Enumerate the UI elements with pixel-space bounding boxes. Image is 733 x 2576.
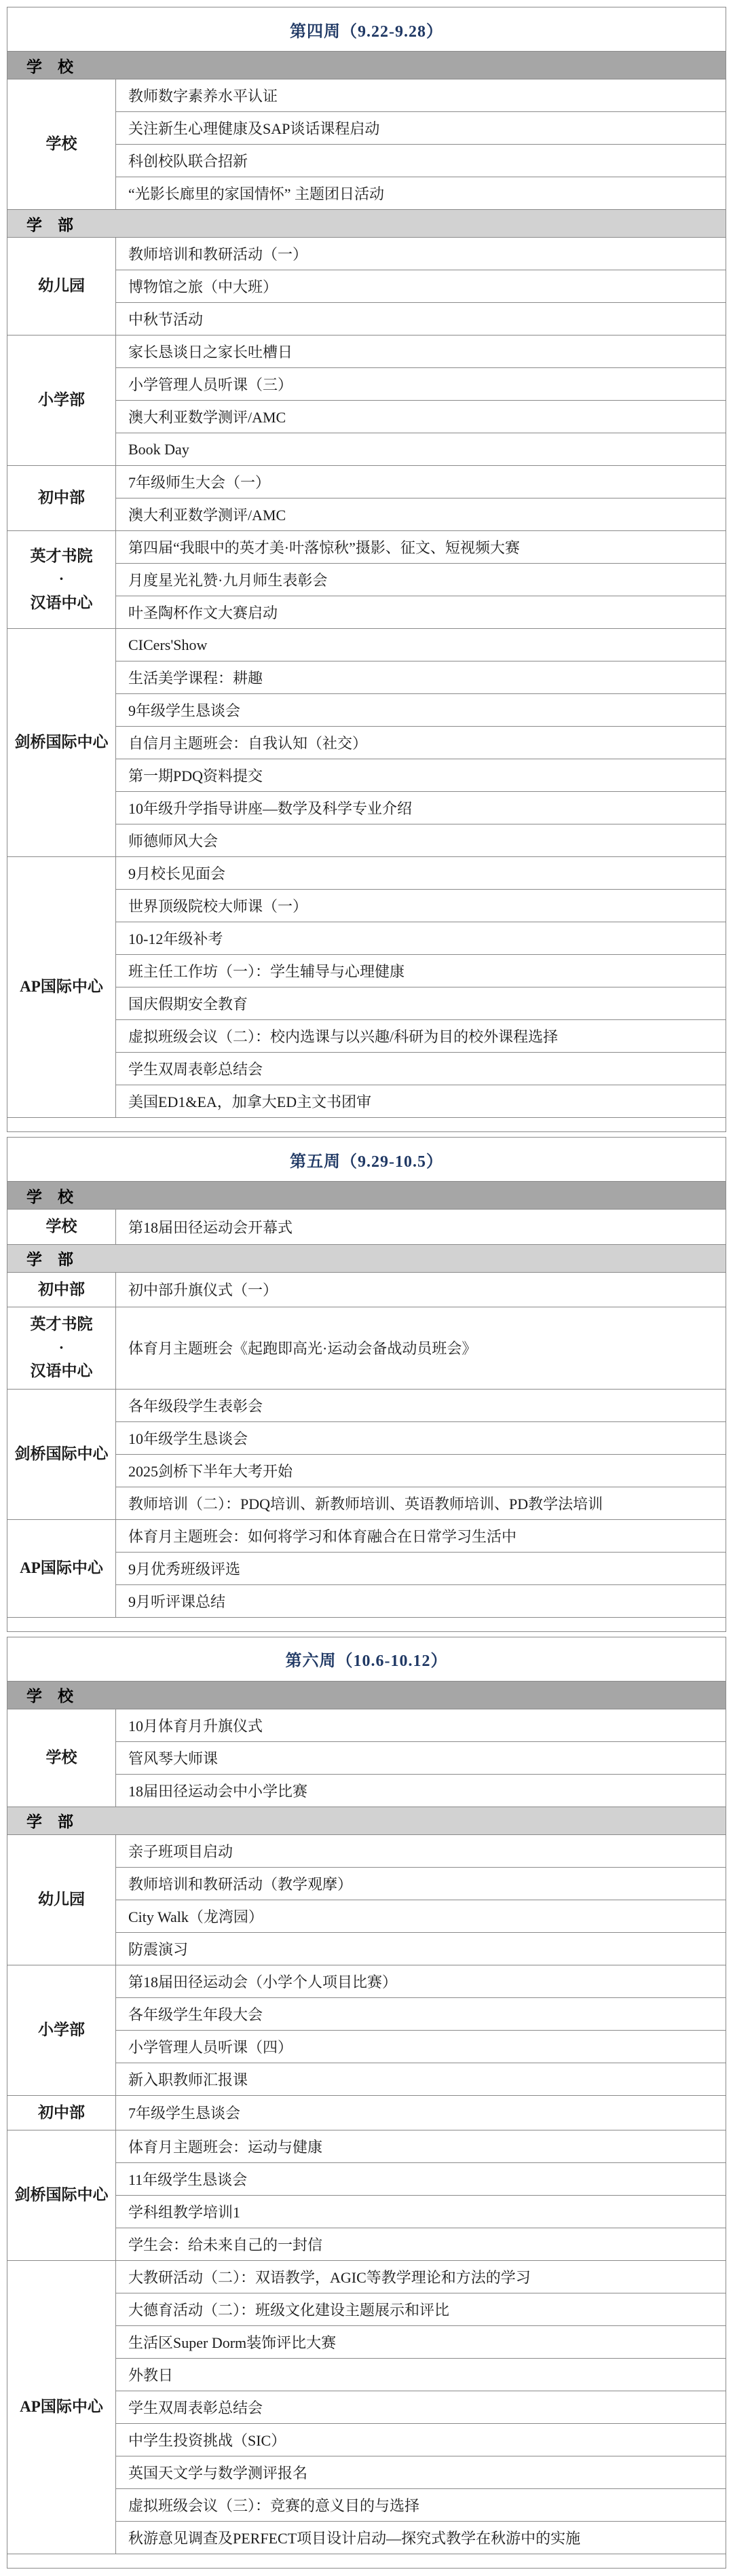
- dept-rows: 家长恳谈日之家长吐槽日小学管理人员听课（三）澳大利亚数学测评/AMCBook D…: [116, 335, 726, 465]
- schedule-item-row: 虚拟班级会议（二）：校内选课与以兴趣/科研为目的校外课程选择: [116, 1019, 726, 1052]
- dept-section: 学校教师数字素养水平认证关注新生心理健康及SAP谈话课程启动科创校队联合招新“光…: [7, 79, 726, 209]
- dept-section: AP国际中心9月校长见面会世界顶级院校大师课（一）10-12年级补考班主任工作坊…: [7, 856, 726, 1117]
- week-title: 第六周（10.6-10.12）: [7, 1637, 726, 1681]
- dept-rows: 10月体育月升旗仪式管风琴大师课18届田径运动会中小学比赛: [116, 1709, 726, 1807]
- dept-section: 学校第18届田径运动会开幕式: [7, 1209, 726, 1244]
- schedule-item-text: 虚拟班级会议（二）：校内选课与以兴趣/科研为目的校外课程选择: [128, 1026, 558, 1047]
- schedule-item-row: 9月听评课总结: [116, 1584, 726, 1617]
- dept-rows: 各年级段学生表彰会10年级学生恳谈会2025剑桥下半年大考开始教师培训（二）：P…: [116, 1390, 726, 1519]
- schedule-item-text: 2025剑桥下半年大考开始: [128, 1460, 293, 1481]
- schedule-item-row: 大德育活动（二）：班级文化建设主题展示和评比: [116, 2293, 726, 2325]
- week-table: 第六周（10.6-10.12）学 校学校10月体育月升旗仪式管风琴大师课18届田…: [7, 1637, 726, 2569]
- schedule-item-row: 第四届“我眼中的英才美·叶落惊秋”摄影、征文、短视频大赛: [116, 531, 726, 563]
- schedule-item-text: City Walk（龙湾园）: [128, 1906, 263, 1927]
- schedule-item-row: 10年级升学指导讲座—数学及科学专业介绍: [116, 791, 726, 824]
- schedule-item-row: 中学生投资挑战（SIC）: [116, 2423, 726, 2456]
- schedule-item-row: 学生双周表彰总结会: [116, 2391, 726, 2423]
- schedule-item-text: 教师数字素养水平认证: [128, 85, 278, 106]
- dept-rows: 9月校长见面会世界顶级院校大师课（一）10-12年级补考班主任工作坊（一）：学生…: [116, 857, 726, 1117]
- schedule-item-text: 国庆假期安全教育: [128, 993, 248, 1014]
- dept-label: 剑桥国际中心: [7, 1390, 116, 1519]
- schedule-item-row: 各年级段学生表彰会: [116, 1390, 726, 1421]
- dept-label: 英才书院 · 汉语中心: [7, 1307, 116, 1389]
- schedule-item-text: 第四届“我眼中的英才美·叶落惊秋”摄影、征文、短视频大赛: [128, 537, 520, 558]
- dept-label: 初中部: [7, 2096, 116, 2130]
- schedule-item-text: 叶圣陶杯作文大赛启动: [128, 602, 278, 623]
- schedule-item-text: 管风琴大师课: [128, 1747, 218, 1768]
- dept-rows: 第18届田径运动会（小学个人项目比赛）各年级学生年段大会小学管理人员听课（四）新…: [116, 1965, 726, 2095]
- schedule-item-text: 教师培训（二）：PDQ培训、新教师培训、英语教师培训、PD教学法培训: [128, 1493, 603, 1514]
- schedule-item-row: 第18届田径运动会（小学个人项目比赛）: [116, 1965, 726, 1997]
- schedule-item-row: 11年级学生恳谈会: [116, 2162, 726, 2195]
- schedule-item-text: 生活美学课程：耕趣: [128, 667, 263, 688]
- schedule-item-row: 秋游意见调查及PERFECT项目设计启动—探究式教学在秋游中的实施: [116, 2521, 726, 2554]
- schedule-item-text: 世界顶级院校大师课（一）: [128, 895, 307, 916]
- schedule-item-row: 9月校长见面会: [116, 857, 726, 889]
- week-title: 第五周（9.29-10.5）: [7, 1138, 726, 1181]
- schedule-item-row: 亲子班项目启动: [116, 1835, 726, 1867]
- schedule-item-row: 10-12年级补考: [116, 922, 726, 954]
- dept-section: 剑桥国际中心各年级段学生表彰会10年级学生恳谈会2025剑桥下半年大考开始教师培…: [7, 1389, 726, 1519]
- schedule-item-text: 体育月主题班会：运动与健康: [128, 2136, 322, 2157]
- schedule-item-row: 中秋节活动: [116, 302, 726, 335]
- dept-section: 初中部初中部升旗仪式（一）: [7, 1272, 726, 1307]
- empty-row: [7, 2554, 726, 2568]
- schedule-item-text: 师德师风大会: [128, 830, 218, 851]
- schedule-item-row: 教师培训（二）：PDQ培训、新教师培训、英语教师培训、PD教学法培训: [116, 1487, 726, 1519]
- dept-rows: 体育月主题班会《起跑即高光·运动会备战动员班会》: [116, 1307, 726, 1389]
- dept-label: AP国际中心: [7, 857, 116, 1117]
- schedule-item-row: 教师培训和教研活动（一）: [116, 238, 726, 270]
- schedule-item-text: 新入职教师汇报课: [128, 2069, 248, 2090]
- schedule-item-row: 第一期PDQ资料提交: [116, 759, 726, 791]
- dept-label: AP国际中心: [7, 2261, 116, 2554]
- schedule-item-row: 教师数字素养水平认证: [116, 79, 726, 111]
- school-section-band: 学 校: [7, 1681, 726, 1709]
- schedule-item-row: 叶圣陶杯作文大赛启动: [116, 596, 726, 628]
- schedule-item-text: 外教日: [128, 2364, 173, 2385]
- dept-label: 剑桥国际中心: [7, 629, 116, 856]
- schedule-item-row: 防震演习: [116, 1932, 726, 1965]
- schedule-item-text: 学科组教学培训1: [128, 2201, 240, 2222]
- dept-label: 剑桥国际中心: [7, 2130, 116, 2260]
- schedule-item-row: 体育月主题班会：运动与健康: [116, 2130, 726, 2162]
- dept-rows: 7年级师生大会（一）澳大利亚数学测评/AMC: [116, 466, 726, 530]
- schedule-item-row: 9月优秀班级评选: [116, 1552, 726, 1584]
- week-title: 第四周（9.22-9.28）: [7, 7, 726, 51]
- dept-section: 初中部7年级师生大会（一）澳大利亚数学测评/AMC: [7, 465, 726, 530]
- schedule-item-row: 学生会：给未来自己的一封信: [116, 2228, 726, 2260]
- dept-label: 幼儿园: [7, 238, 116, 335]
- schedule-item-text: 7年级学生恳谈会: [128, 2102, 240, 2123]
- schedule-item-text: 澳大利亚数学测评/AMC: [128, 406, 286, 427]
- schedule-item-text: 亲子班项目启动: [128, 1840, 233, 1862]
- schedule-item-row: 9年级学生恳谈会: [116, 693, 726, 726]
- schedule-item-row: 10年级学生恳谈会: [116, 1421, 726, 1454]
- schedule-item-row: 月度星光礼赞·九月师生表彰会: [116, 563, 726, 596]
- schedule-item-text: 英国天文学与数学测评报名: [128, 2462, 307, 2483]
- schedule-item-text: 班主任工作坊（一）：学生辅导与心理健康: [128, 960, 405, 981]
- dept-rows: 亲子班项目启动教师培训和教研活动（教学观摩）City Walk（龙湾园）防震演习: [116, 1835, 726, 1965]
- schedule-item-text: 18届田径运动会中小学比赛: [128, 1780, 307, 1801]
- schedule-item-row: 生活区Super Dorm装饰评比大赛: [116, 2325, 726, 2358]
- dept-rows: 第18届田径运动会开幕式: [116, 1210, 726, 1244]
- dept-rows: 大教研活动（二）：双语教学，AGIC等教学理论和方法的学习大德育活动（二）：班级…: [116, 2261, 726, 2554]
- schedule-item-row: 管风琴大师课: [116, 1741, 726, 1774]
- schedule-item-row: 第18届田径运动会开幕式: [116, 1210, 726, 1244]
- schedule-item-text: 各年级段学生表彰会: [128, 1395, 263, 1416]
- schedule-item-row: 博物馆之旅（中大班）: [116, 270, 726, 302]
- school-section-band: 学 校: [7, 1181, 726, 1209]
- schedule-item-text: 自信月主题班会：自我认知（社交）: [128, 732, 367, 753]
- schedule-item-text: 防震演习: [128, 1938, 188, 1959]
- dept-rows: 7年级学生恳谈会: [116, 2096, 726, 2130]
- schedule-item-text: 7年级师生大会（一）: [128, 471, 270, 492]
- schedule-item-row: 自信月主题班会：自我认知（社交）: [116, 726, 726, 759]
- schedule-item-text: 中学生投资挑战（SIC）: [128, 2429, 286, 2450]
- schedule-item-row: 学科组教学培训1: [116, 2195, 726, 2228]
- dept-section: 学校10月体育月升旗仪式管风琴大师课18届田径运动会中小学比赛: [7, 1709, 726, 1807]
- schedule-item-text: 体育月主题班会《起跑即高光·运动会备战动员班会》: [128, 1337, 476, 1358]
- empty-row: [7, 1117, 726, 1131]
- schedule-item-row: 科创校队联合招新: [116, 144, 726, 177]
- dept-rows: CICers'Show生活美学课程：耕趣9年级学生恳谈会自信月主题班会：自我认知…: [116, 629, 726, 856]
- dept-section: AP国际中心大教研活动（二）：双语教学，AGIC等教学理论和方法的学习大德育活动…: [7, 2260, 726, 2554]
- schedule-item-row: 新入职教师汇报课: [116, 2063, 726, 2095]
- schedule-item-row: “光影长廊里的家国情怀” 主题团日活动: [116, 177, 726, 209]
- schedule-item-row: 虚拟班级会议（三）：竞赛的意义目的与选择: [116, 2488, 726, 2521]
- schedule-item-row: 体育月主题班会：如何将学习和体育融合在日常学习生活中: [116, 1520, 726, 1552]
- schedule-item-text: 9月听评课总结: [128, 1591, 225, 1612]
- dept-section: 小学部家长恳谈日之家长吐槽日小学管理人员听课（三）澳大利亚数学测评/AMCBoo…: [7, 335, 726, 465]
- schedule-item-row: 初中部升旗仪式（一）: [116, 1273, 726, 1307]
- schedule-item-row: 国庆假期安全教育: [116, 987, 726, 1019]
- schedule-item-text: 9月优秀班级评选: [128, 1558, 240, 1579]
- schedule-item-row: 7年级学生恳谈会: [116, 2096, 726, 2130]
- schedule-item-text: 初中部升旗仪式（一）: [128, 1279, 278, 1300]
- schedule-item-row: 小学管理人员听课（三）: [116, 367, 726, 400]
- schedule-item-row: 小学管理人员听课（四）: [116, 2030, 726, 2063]
- schedule-item-text: 学生双周表彰总结会: [128, 1058, 263, 1079]
- schedule-item-row: 体育月主题班会《起跑即高光·运动会备战动员班会》: [116, 1307, 726, 1389]
- school-section-band: 学 校: [7, 51, 726, 79]
- schedule-item-row: 班主任工作坊（一）：学生辅导与心理健康: [116, 954, 726, 987]
- schedule-item-text: “光影长廊里的家国情怀” 主题团日活动: [128, 183, 384, 204]
- department-section-band: 学 部: [7, 1807, 726, 1834]
- dept-section: 初中部7年级学生恳谈会: [7, 2095, 726, 2130]
- dept-label: 幼儿园: [7, 1835, 116, 1965]
- schedule-item-text: 10月体育月升旗仪式: [128, 1715, 263, 1736]
- dept-rows: 初中部升旗仪式（一）: [116, 1273, 726, 1307]
- schedule-item-row: Book Day: [116, 433, 726, 465]
- dept-section: 英才书院 · 汉语中心体育月主题班会《起跑即高光·运动会备战动员班会》: [7, 1307, 726, 1389]
- schedule-item-row: 各年级学生年段大会: [116, 1997, 726, 2030]
- schedule-item-row: 2025剑桥下半年大考开始: [116, 1454, 726, 1487]
- schedule-item-text: 虚拟班级会议（三）：竞赛的意义目的与选择: [128, 2495, 419, 2516]
- schedule-item-row: 10月体育月升旗仪式: [116, 1709, 726, 1741]
- department-section-band: 学 部: [7, 209, 726, 237]
- dept-section: AP国际中心体育月主题班会：如何将学习和体育融合在日常学习生活中9月优秀班级评选…: [7, 1519, 726, 1617]
- schedule-item-row: 关注新生心理健康及SAP谈话课程启动: [116, 111, 726, 144]
- weekly-schedule-document: 第四周（9.22-9.28）学 校学校教师数字素养水平认证关注新生心理健康及SA…: [0, 0, 733, 2576]
- schedule-item-text: 第18届田径运动会（小学个人项目比赛）: [128, 1971, 397, 1992]
- schedule-item-text: 学生会：给未来自己的一封信: [128, 2234, 322, 2255]
- schedule-item-text: 小学管理人员听课（三）: [128, 374, 293, 395]
- schedule-item-text: 月度星光礼赞·九月师生表彰会: [128, 569, 327, 590]
- schedule-item-text: 教师培训和教研活动（教学观摩）: [128, 1873, 352, 1894]
- week-table: 第四周（9.22-9.28）学 校学校教师数字素养水平认证关注新生心理健康及SA…: [7, 7, 726, 1132]
- schedule-item-text: 9年级学生恳谈会: [128, 700, 240, 721]
- schedule-item-text: 美国ED1&EA，加拿大ED主文书团审: [128, 1091, 371, 1112]
- dept-rows: 教师数字素养水平认证关注新生心理健康及SAP谈话课程启动科创校队联合招新“光影长…: [116, 79, 726, 209]
- schedule-item-row: 澳大利亚数学测评/AMC: [116, 498, 726, 530]
- dept-section: 小学部第18届田径运动会（小学个人项目比赛）各年级学生年段大会小学管理人员听课（…: [7, 1965, 726, 2095]
- dept-section: 幼儿园教师培训和教研活动（一）博物馆之旅（中大班）中秋节活动: [7, 237, 726, 335]
- schedule-item-text: 中秋节活动: [128, 308, 203, 329]
- schedule-item-text: 大德育活动（二）：班级文化建设主题展示和评比: [128, 2299, 449, 2320]
- department-section-band: 学 部: [7, 1244, 726, 1272]
- schedule-item-text: 9月校长见面会: [128, 863, 225, 884]
- schedule-item-row: 学生双周表彰总结会: [116, 1052, 726, 1085]
- schedule-item-row: 7年级师生大会（一）: [116, 466, 726, 498]
- schedule-item-row: 教师培训和教研活动（教学观摩）: [116, 1867, 726, 1900]
- dept-label: 小学部: [7, 335, 116, 465]
- schedule-item-text: 第一期PDQ资料提交: [128, 765, 263, 786]
- empty-row: [7, 1617, 726, 1631]
- dept-rows: 教师培训和教研活动（一）博物馆之旅（中大班）中秋节活动: [116, 238, 726, 335]
- dept-section: 剑桥国际中心体育月主题班会：运动与健康11年级学生恳谈会学科组教学培训1学生会：…: [7, 2130, 726, 2260]
- schedule-item-text: 10-12年级补考: [128, 928, 223, 949]
- schedule-item-text: Book Day: [128, 441, 189, 458]
- dept-label: 初中部: [7, 1273, 116, 1307]
- schedule-item-row: 18届田径运动会中小学比赛: [116, 1774, 726, 1807]
- week-table: 第五周（9.29-10.5）学 校学校第18届田径运动会开幕式学 部初中部初中部…: [7, 1137, 726, 1632]
- schedule-item-text: 10年级升学指导讲座—数学及科学专业介绍: [128, 797, 412, 818]
- schedule-item-text: 家长恳谈日之家长吐槽日: [128, 341, 293, 362]
- schedule-item-row: CICers'Show: [116, 629, 726, 661]
- dept-section: 幼儿园亲子班项目启动教师培训和教研活动（教学观摩）City Walk（龙湾园）防…: [7, 1834, 726, 1965]
- schedule-item-text: 第18届田径运动会开幕式: [128, 1216, 293, 1237]
- schedule-item-text: 小学管理人员听课（四）: [128, 2036, 293, 2057]
- schedule-item-row: City Walk（龙湾园）: [116, 1900, 726, 1932]
- dept-section: 剑桥国际中心CICers'Show生活美学课程：耕趣9年级学生恳谈会自信月主题班…: [7, 628, 726, 856]
- schedule-item-text: 教师培训和教研活动（一）: [128, 243, 307, 264]
- schedule-item-row: 家长恳谈日之家长吐槽日: [116, 335, 726, 367]
- dept-rows: 体育月主题班会：如何将学习和体育融合在日常学习生活中9月优秀班级评选9月听评课总…: [116, 1520, 726, 1617]
- schedule-item-text: 10年级学生恳谈会: [128, 1428, 248, 1449]
- schedule-item-text: 各年级学生年段大会: [128, 2003, 263, 2025]
- schedule-item-text: 关注新生心理健康及SAP谈话课程启动: [128, 117, 379, 139]
- dept-label: 学校: [7, 1709, 116, 1807]
- schedule-item-text: 生活区Super Dorm装饰评比大赛: [128, 2332, 336, 2353]
- schedule-item-text: 科创校队联合招新: [128, 150, 248, 171]
- schedule-item-text: CICers'Show: [128, 636, 207, 654]
- schedule-item-row: 美国ED1&EA，加拿大ED主文书团审: [116, 1085, 726, 1117]
- dept-label: 学校: [7, 79, 116, 209]
- schedule-item-row: 澳大利亚数学测评/AMC: [116, 400, 726, 433]
- schedule-item-text: 博物馆之旅（中大班）: [128, 276, 278, 297]
- schedule-item-text: 澳大利亚数学测评/AMC: [128, 504, 286, 525]
- dept-label: 初中部: [7, 466, 116, 530]
- dept-section: 英才书院 · 汉语中心第四届“我眼中的英才美·叶落惊秋”摄影、征文、短视频大赛月…: [7, 530, 726, 628]
- schedule-item-text: 11年级学生恳谈会: [128, 2169, 247, 2190]
- schedule-item-row: 世界顶级院校大师课（一）: [116, 889, 726, 922]
- schedule-item-row: 英国天文学与数学测评报名: [116, 2456, 726, 2488]
- schedule-item-text: 大教研活动（二）：双语教学，AGIC等教学理论和方法的学习: [128, 2266, 531, 2287]
- dept-label: AP国际中心: [7, 1520, 116, 1617]
- schedule-item-row: 大教研活动（二）：双语教学，AGIC等教学理论和方法的学习: [116, 2261, 726, 2293]
- schedule-item-text: 秋游意见调查及PERFECT项目设计启动—探究式教学在秋游中的实施: [128, 2527, 580, 2548]
- dept-label: 小学部: [7, 1965, 116, 2095]
- schedule-item-text: 学生双周表彰总结会: [128, 2397, 263, 2418]
- schedule-item-row: 生活美学课程：耕趣: [116, 661, 726, 693]
- dept-rows: 体育月主题班会：运动与健康11年级学生恳谈会学科组教学培训1学生会：给未来自己的…: [116, 2130, 726, 2260]
- schedule-item-text: 体育月主题班会：如何将学习和体育融合在日常学习生活中: [128, 1525, 516, 1546]
- dept-label: 学校: [7, 1210, 116, 1244]
- dept-label: 英才书院 · 汉语中心: [7, 531, 116, 628]
- schedule-item-row: 师德师风大会: [116, 824, 726, 856]
- schedule-item-row: 外教日: [116, 2358, 726, 2391]
- dept-rows: 第四届“我眼中的英才美·叶落惊秋”摄影、征文、短视频大赛月度星光礼赞·九月师生表…: [116, 531, 726, 628]
